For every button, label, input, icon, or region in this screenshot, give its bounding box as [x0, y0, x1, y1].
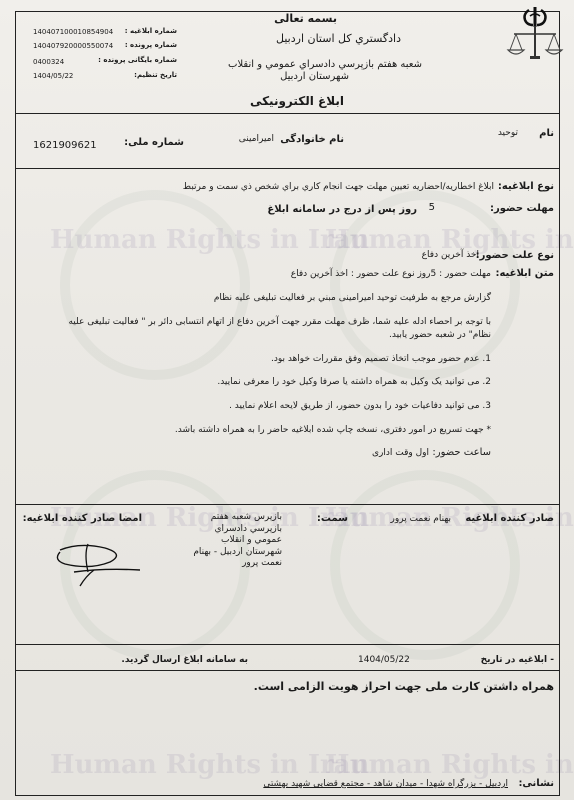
position-line: بازپرسي دادسراي [193, 524, 282, 536]
sent-prefix: - ابلاغیه در تاریخ [481, 655, 554, 665]
national-id-value: 1621909621 [33, 140, 97, 151]
id-card-notice: همراه داشتن کارت ملی جهت احراز هویت الزا… [254, 680, 554, 693]
document-title: ابلاغ الکترونیکی [250, 94, 344, 108]
first-name-value: توحید [498, 128, 518, 138]
notice-body-line-1: مهلت حضور : 5روز نوع علت حضور : اخذ آخری… [291, 269, 491, 279]
signature-icon [48, 540, 148, 590]
meta-label-notice-number: شماره ابلاغیه : [125, 27, 177, 35]
notice-body-line-3b: نظام" در شعبه حضور یابید. [389, 330, 491, 340]
last-name-label: نام خانوادگی [280, 134, 344, 145]
position-line: عمومي و انقلاب [193, 535, 282, 547]
position-line: شهرستان اردبیل - بهنام [193, 547, 282, 559]
address-value: اردبیل - بزرگراه شهدا - میدان شاهد - مجت… [263, 779, 508, 789]
org-line-1: دادگستري کل استان اردبيل [276, 32, 401, 45]
attendance-time-label: ساعت حضور: [432, 447, 491, 458]
meta-label-case-number: شماره پرونده : [125, 41, 177, 49]
meta-value-notice-number: 140407100010854904 [33, 28, 113, 36]
position-line: نعمت پرور [193, 558, 282, 570]
issuer-name: بهنام نعمت پرور [391, 514, 451, 524]
document-page: Human Rights in Iran Human Rights in Ira… [0, 0, 574, 800]
reason-value: اخذ آخرین دفاع [422, 250, 479, 260]
notice-note: * جهت تسریع در امور دفتری، نسخه چاپ شده … [175, 425, 491, 435]
notice-item-3: 3. می توانید دفاعیات خود را بدون حضور، ا… [229, 401, 491, 411]
notice-item-2: 2. می توانید یک وکیل به همراه داشته یا ص… [217, 377, 491, 387]
notice-item-1: 1. عدم حضور موجب اتخاذ تصمیم وفق مقررات … [271, 354, 491, 364]
address-label: نشانی: [518, 778, 554, 789]
meta-label-date: تاریخ تنظیم: [134, 71, 177, 79]
reason-label: نوع علت حضور: [476, 250, 554, 261]
divider [15, 504, 560, 505]
judiciary-emblem-icon [502, 4, 568, 62]
invocation: بسمه تعالی [274, 12, 337, 25]
meta-label-archive-number: شماره بایگانی پرونده : [98, 56, 177, 64]
divider [15, 670, 560, 671]
notice-type-value: ابلاغ اخطاریه/احضاریه تعیین مهلت جهت انج… [183, 182, 494, 192]
notice-type-label: نوع ابلاغیه: [498, 181, 554, 192]
attendance-time-value: اول وقت اداری [372, 448, 429, 458]
sent-suffix: به سامانه ابلاغ ارسال گردید. [121, 655, 248, 665]
notice-body-line-2: گزارش مرجع به طرفیت توحید امیرامینی مبني… [214, 293, 491, 303]
signature-label: امضا صادر کننده ابلاغیه: [23, 513, 142, 524]
position-value: بازپرس شعبه هفتم بازپرسي دادسراي عمومي و… [193, 512, 282, 570]
first-name-label: نام [539, 128, 554, 139]
meta-value-archive-number: 0400324 [33, 58, 64, 66]
org-line-3: شهرستان اردبيل [280, 71, 349, 82]
notice-body-label: متن ابلاغیه: [495, 268, 554, 279]
divider [15, 168, 560, 169]
deadline-text: روز پس از درج در سامانه ابلاغ [267, 204, 417, 215]
notice-body-line-3a: با توجه بر احصاء ادله علیه شما، ظرف مهلت… [68, 317, 491, 327]
national-id-label: شماره ملی: [124, 137, 184, 148]
position-line: بازپرس شعبه هفتم [193, 512, 282, 524]
issuer-label: صادر کننده ابلاغیه [465, 513, 554, 524]
meta-value-date: 1404/05/22 [33, 72, 73, 80]
org-line-2: شعبه هفتم بازپرسي دادسراي عمومي و انقلاب [228, 59, 422, 70]
last-name-value: امیرامینی [239, 134, 274, 144]
divider [15, 644, 560, 645]
meta-value-case-number: 140407920000550074 [33, 42, 113, 50]
deadline-label: مهلت حضور: [490, 203, 554, 214]
sent-date: 1404/05/22 [358, 655, 410, 665]
divider [15, 113, 560, 114]
deadline-days: 5 [429, 202, 435, 213]
position-label: سمت: [317, 513, 348, 524]
